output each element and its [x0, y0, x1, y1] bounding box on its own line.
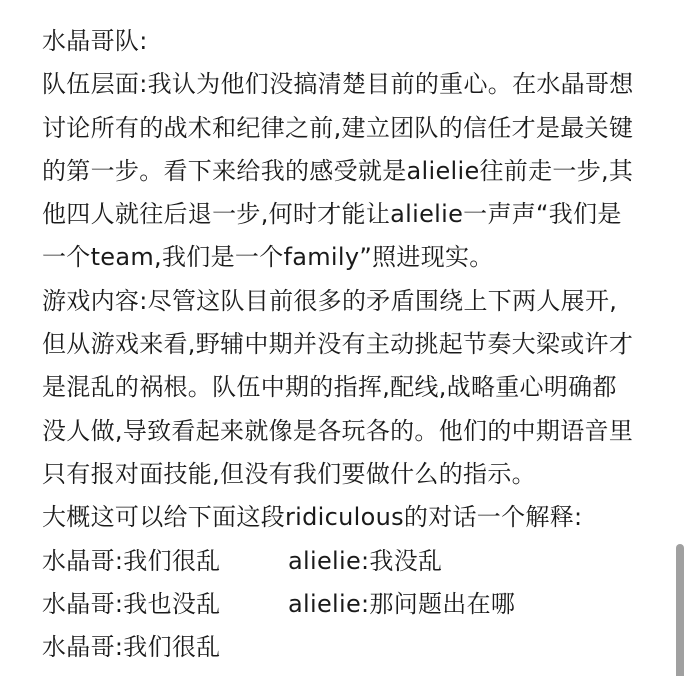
text-line: 的第一步。看下来给我的感受就是alielie往前走一步,其 [42, 150, 656, 193]
dialogue-row: 水晶哥:我们很乱 [42, 626, 656, 669]
text-line: 是混乱的祸根。队伍中期的指挥,配线,战略重心明确都 [42, 366, 656, 409]
dialogue-row: 水晶哥:我也没乱 alielie:那问题出在哪 [42, 583, 656, 626]
dialogue-right: alielie:我没乱 [288, 540, 656, 583]
dialogue-left: 水晶哥:我们很乱 [42, 540, 288, 583]
post-title: 水晶哥队: [42, 20, 656, 63]
scrollbar-thumb[interactable] [676, 544, 684, 676]
text-line: 但从游戏来看,野辅中期并没有主动挑起节奏大梁或许才 [42, 323, 656, 366]
text-line: 只有报对面技能,但没有我们要做什么的指示。 [42, 453, 656, 496]
dialogue-row: 水晶哥:我们很乱 alielie:我没乱 [42, 540, 656, 583]
text-line: 一个team,我们是一个family”照进现实。 [42, 236, 656, 279]
text-line: 讨论所有的战术和纪律之前,建立团队的信任才是最关键 [42, 107, 656, 150]
dialogue-left: 水晶哥:我们很乱 [42, 626, 288, 669]
dialogue-left: 水晶哥:我也没乱 [42, 583, 288, 626]
text-line: 大概这可以给下面这段ridiculous的对话一个解释: [42, 496, 656, 539]
text-line: 游戏内容:尽管这队目前很多的矛盾围绕上下两人展开, [42, 280, 656, 323]
text-line: 没人做,导致看起来就像是各玩各的。他们的中期语音里 [42, 410, 656, 453]
post-text: 水晶哥队: 队伍层面:我认为他们没搞清楚目前的重心。在水晶哥想 讨论所有的战术和… [42, 20, 656, 669]
text-line: 队伍层面:我认为他们没搞清楚目前的重心。在水晶哥想 [42, 63, 656, 106]
dialogue-right: alielie:那问题出在哪 [288, 583, 656, 626]
dialogue-right [288, 626, 656, 669]
text-line: 他四人就往后退一步,何时才能让alielie一声声“我们是 [42, 193, 656, 236]
